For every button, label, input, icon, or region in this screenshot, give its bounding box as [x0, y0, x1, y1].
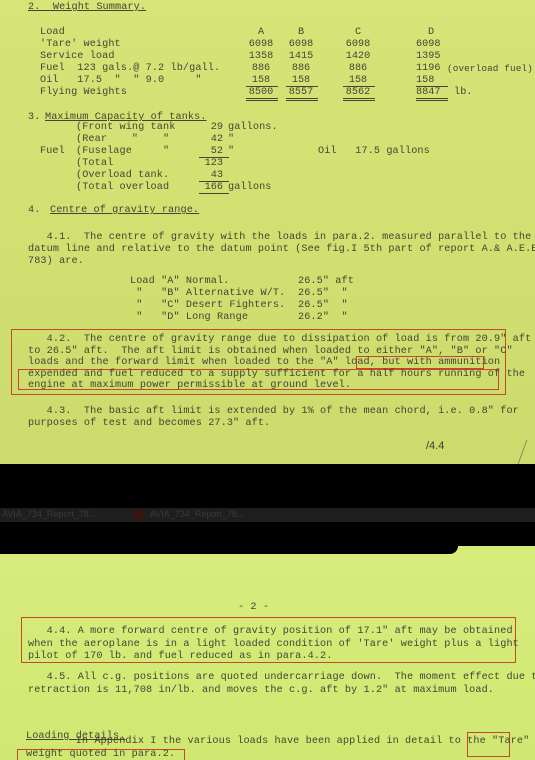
para-4-1-line: datum line and relative to the datum poi… — [28, 244, 535, 256]
tank-row-label: (Total overload — [76, 182, 169, 194]
para-4-1-line: 783) are. — [28, 256, 84, 268]
para-4-4-line: 4.4. A more forward centre of gravity po… — [28, 626, 513, 638]
tank-row-label: (Total — [76, 158, 113, 170]
weight-cell: 1196 — [416, 63, 450, 75]
weight-row-label: Oil 17.5 " " 9.0 " — [40, 75, 202, 87]
taskbar-item-2[interactable]: AVIA_734_Report_78... — [150, 509, 244, 519]
weight-cell: 1395 — [416, 51, 450, 63]
cg-load-value: 26.2" " — [298, 312, 348, 324]
weight-cell: 886 — [244, 63, 278, 75]
weight-row-label: Service load — [40, 51, 115, 63]
document-page-1: 2. Weight Summary. Load A B C D 'Tare' w… — [0, 0, 535, 464]
paper-crease — [518, 440, 535, 464]
para-4-2-line: to 26.5" aft. The aft limit is obtained … — [28, 346, 513, 358]
weight-cell: 6098 — [416, 39, 450, 51]
sum-rule — [246, 86, 278, 87]
total-double-rule — [343, 98, 375, 101]
tank-row-value: 29 — [199, 122, 223, 134]
tank-sum-rule — [199, 157, 229, 158]
para-4-3-line: 4.3. The basic aft limit is extended by … — [28, 406, 519, 418]
weight-row-label: Fuel 123 gals.@ 7.2 lb/gall. — [40, 63, 220, 75]
loading-details-line: In Appendix I the various loads have bee… — [26, 736, 529, 748]
weight-cell: 6098 — [244, 39, 278, 51]
para-4-1-line: 4.1. The centre of gravity with the load… — [28, 232, 531, 244]
total-double-rule — [416, 98, 448, 101]
weight-row-label: 'Tare' weight — [40, 39, 121, 51]
tank-row-label: (Fuselage " — [76, 146, 169, 158]
weight-unit: lb. — [454, 87, 473, 99]
page-edge-shadow — [0, 546, 458, 554]
continuation-mark: /4.4 — [426, 440, 444, 452]
cg-heading-number: 4. — [28, 205, 40, 217]
sum-rule — [416, 86, 448, 87]
weight-cell: 1420 — [341, 51, 375, 63]
oil-capacity: Oil 17.5 gallons — [318, 146, 430, 158]
cg-load-label: " "D" Long Range — [130, 312, 248, 324]
tank-row-unit: " — [228, 134, 234, 146]
cg-load-label: " "C" Desert Fighters. — [130, 300, 285, 312]
para-4-4-line: pilot of 170 lb. and fuel reduced as in … — [28, 651, 332, 663]
weight-cell: 1358 — [244, 51, 278, 63]
para-4-5-line: 4.5. All c.g. positions are quoted under… — [28, 672, 535, 684]
tank-overload-rule — [199, 181, 229, 182]
weight-summary-heading: 2. Weight Summary. — [28, 2, 146, 14]
pdf-icon — [133, 510, 145, 519]
tanks-heading-number: 3. — [28, 112, 40, 124]
weight-cell: 886 — [341, 63, 375, 75]
fuel-label: Fuel — [40, 146, 65, 158]
cg-load-label: Load "A" Normal. — [130, 276, 229, 288]
sum-rule — [286, 86, 318, 87]
sum-rule — [343, 86, 375, 87]
weight-cell: 886 — [284, 63, 318, 75]
para-4-2-line: 4.2. The centre of gravity range due to … — [28, 334, 531, 346]
cg-load-label: " "B" Alternative W/T. — [130, 288, 285, 300]
total-double-rule — [286, 98, 318, 101]
taskbar: AVIA_734_Report_78... AVIA_734_Report_78… — [0, 508, 535, 522]
weight-cell: 6098 — [284, 39, 318, 51]
col-header-a: A — [244, 27, 278, 39]
tank-row-value: 123 — [199, 158, 223, 170]
tank-row-value: 42 — [199, 134, 223, 146]
weight-cell: 6098 — [341, 39, 375, 51]
document-page-2: - 2 - 4.4. A more forward centre of grav… — [0, 546, 535, 760]
para-4-2-line: expended and fuel reduced to a supply su… — [28, 369, 525, 381]
weight-row-label: Flying Weights — [40, 87, 127, 99]
tank-row-label: (Front wing tank — [76, 122, 175, 134]
col-header-b: B — [284, 27, 318, 39]
tank-row-label: (Overload tank. — [76, 170, 169, 182]
cg-heading: Centre of gravity range. — [50, 205, 199, 217]
total-double-rule — [246, 98, 278, 101]
loading-details-line: weight quoted in para.2. — [26, 749, 175, 760]
para-4-2-line: engine at maximum power permissible at g… — [28, 380, 351, 392]
page-number: - 2 - — [238, 602, 269, 614]
tank-row-label: (Rear " " — [76, 134, 169, 146]
para-4-2-line: loads and the forward limit when loaded … — [28, 357, 500, 369]
weight-note: (overload fuel) — [447, 63, 533, 75]
para-4-3-line: purposes of test and becomes 27.3" aft. — [28, 418, 270, 430]
cg-load-value: 26.5" aft — [298, 276, 354, 288]
load-header: Load — [40, 27, 65, 39]
weight-cell: 1415 — [284, 51, 318, 63]
para-4-4-line: when the aeroplane is in a light loaded … — [28, 639, 519, 651]
col-header-c: C — [341, 27, 375, 39]
tank-row-unit: gallons — [228, 182, 272, 194]
cg-load-value: 26.5" " — [298, 288, 348, 300]
tank-row-unit: gallons. — [228, 122, 278, 134]
tank-total-rule — [199, 193, 229, 194]
col-header-d: D — [414, 27, 448, 39]
taskbar-item-1[interactable]: AVIA_734_Report_78... — [2, 509, 96, 519]
para-4-5-line: retraction is 11,708 in/lb. and moves th… — [28, 685, 494, 697]
cg-load-value: 26.5" " — [298, 300, 348, 312]
